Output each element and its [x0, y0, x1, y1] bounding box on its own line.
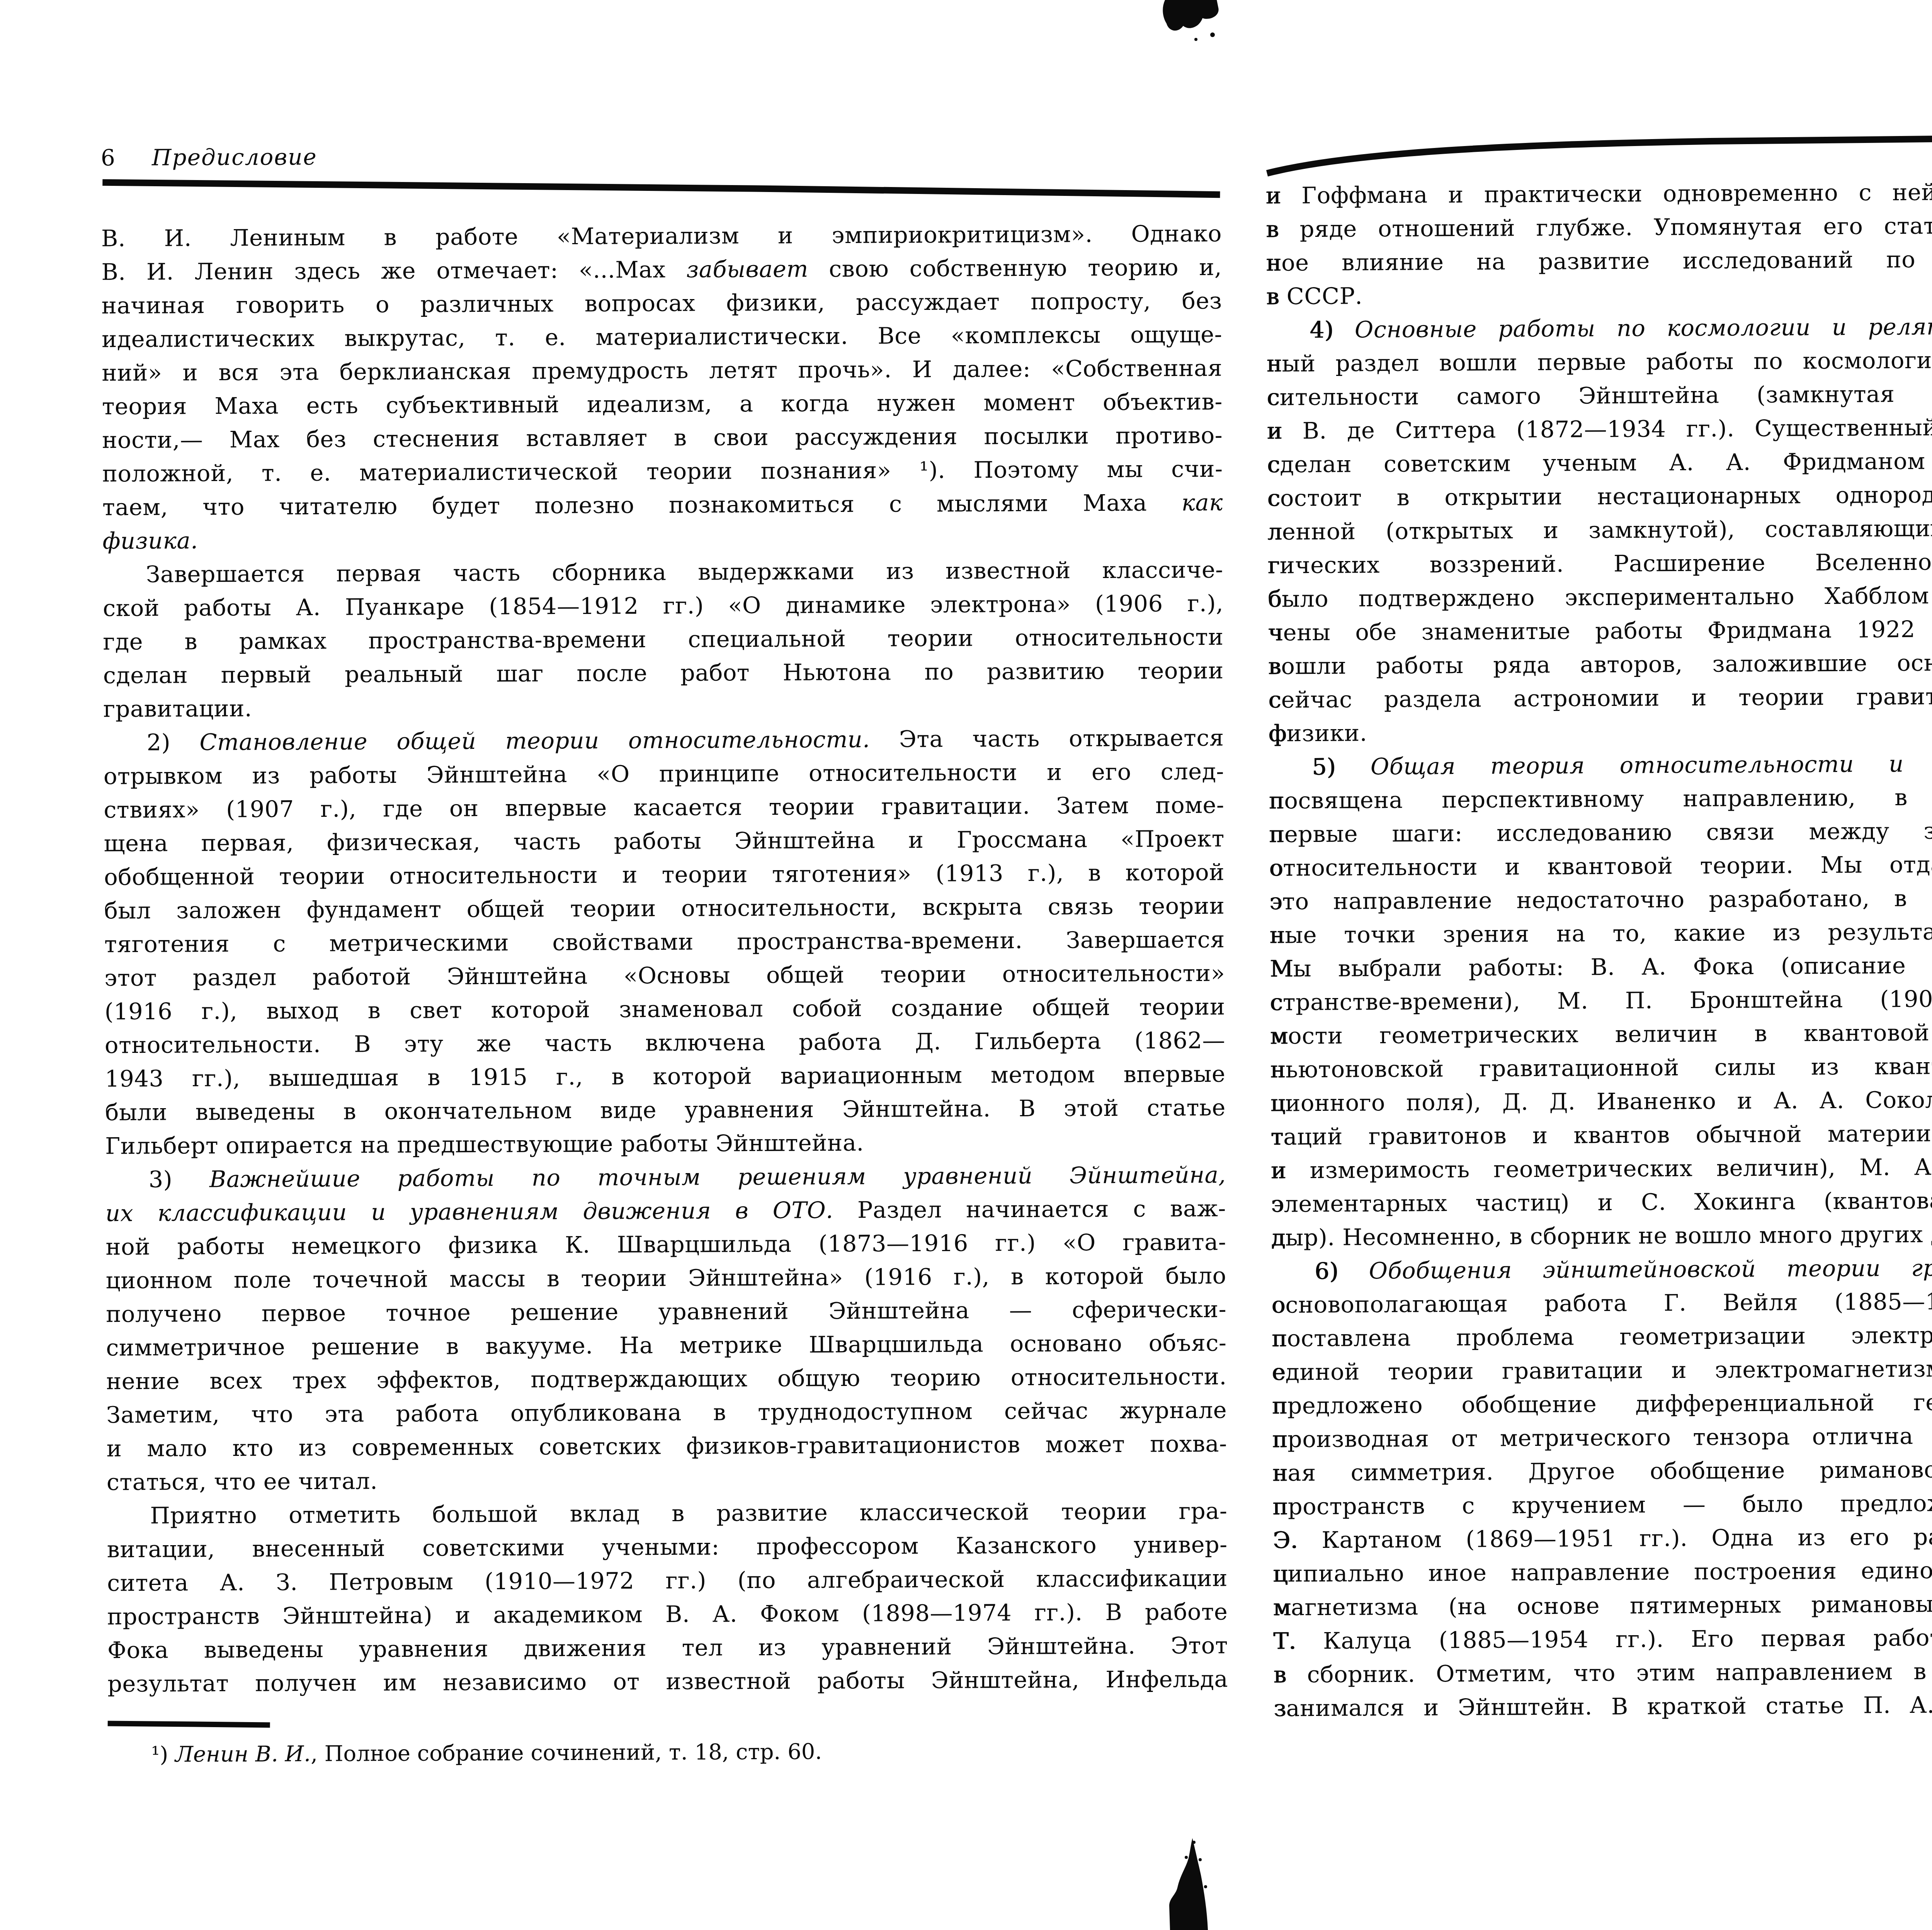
text-line: сделан советским ученым А. А. Фридманом …	[1267, 442, 1932, 481]
text-line: и В. де Ситтера (1872—1934 гг.). Существ…	[1267, 408, 1932, 447]
text-line: их классификации и уравнениям движения в…	[105, 1192, 1226, 1230]
text-line: таем, что читателю будет полезно познако…	[102, 486, 1223, 524]
text-line: занимался и Эйнштейн. В краткой статье П…	[1274, 1685, 1932, 1725]
text-line: чены обе знаменитые работы Фридмана 1922…	[1268, 610, 1932, 649]
gutter-ink-blob-bottom	[1167, 1837, 1221, 1930]
text-line: были выведены в окончательном виде уравн…	[105, 1091, 1226, 1129]
text-line: этот раздел работой Эйнштейна «Основы об…	[104, 956, 1225, 995]
text-line: сейчас раздела астрономии и теории грави…	[1268, 677, 1932, 716]
footnote-rule	[108, 1721, 270, 1728]
right-page-text: и Гоффмана и практически одновременно с …	[1265, 173, 1932, 1725]
gutter-ink-blob-top	[1161, 0, 1223, 44]
text-line: состоит в открытии нестационарных одноро…	[1267, 475, 1932, 515]
text-line: элементарных частиц) и С. Хокинга (квант…	[1271, 1181, 1932, 1221]
text-line: предложено обобщение дифференциальной ге…	[1272, 1383, 1932, 1422]
text-line: ний» и вся эта берклианская премудрость …	[102, 351, 1222, 390]
text-line: было подтверждено экспериментально Хаббл…	[1268, 576, 1932, 616]
text-line: в ряде отношений глубже. Упомянутая его …	[1266, 206, 1932, 246]
text-line: Заметим, что эта работа опубликована в т…	[106, 1393, 1227, 1432]
book-scan-sheet: 6Предисловие В. И. Лениным в работе «Мат…	[0, 0, 1932, 1930]
text-line: Э. Картаном (1869—1951 гг.). Одна из его…	[1272, 1517, 1932, 1557]
text-line: поставлена проблема геометризации электр…	[1272, 1316, 1932, 1355]
text-line: сделан первый реальный шаг после работ Н…	[103, 654, 1224, 692]
text-line: ствиях» (1907 г.), где он впервые касает…	[104, 788, 1224, 827]
text-line: Гильберт опирается на предшествующие раб…	[105, 1124, 1226, 1163]
text-line: (1916 г.), выход в свет которой знаменов…	[104, 990, 1225, 1029]
text-line: и Гоффмана и практически одновременно с …	[1265, 173, 1932, 212]
text-line: физика.	[102, 519, 1223, 558]
text-line: идеалистических выкрутас, т. е. материал…	[102, 318, 1222, 356]
text-line: мости геометрических величин в квантовой…	[1270, 1013, 1932, 1053]
text-line: ный раздел вошли первые работы по космол…	[1266, 341, 1932, 380]
text-line: начиная говорить о различных вопросах фи…	[101, 284, 1222, 323]
left-header-rule	[101, 172, 1221, 204]
text-line: где в рамках пространства-времени специа…	[103, 620, 1223, 659]
text-line: симметричное решение в вакууме. На метри…	[106, 1326, 1226, 1365]
text-line: 4) Основные работы по космологии и релят…	[1266, 307, 1932, 347]
text-line: щена первая, физическая, часть работы Эй…	[104, 822, 1225, 860]
text-line: физики.	[1268, 711, 1932, 750]
text-line: пространств Эйнштейна) и академиком В. А…	[107, 1595, 1228, 1634]
text-line: Фока выведены уравнения движения тел из …	[107, 1629, 1228, 1667]
text-line: 2) Становление общей теории относительно…	[103, 721, 1224, 760]
text-line: В. И. Ленин здесь же отмечает: «...Мах з…	[101, 250, 1222, 289]
text-line: 6) Обобщения эйнштейновской теории грави…	[1271, 1248, 1932, 1288]
text-line: посвящена перспективному направлению, в …	[1269, 778, 1932, 817]
text-line: ньютоновской гравитационной силы из кван…	[1270, 1047, 1932, 1086]
text-line: таций гравитонов и квантов обычной матер…	[1270, 1114, 1932, 1153]
text-line: ционного поля), Д. Д. Иваненко и А. А. С…	[1270, 1080, 1932, 1120]
text-line: ной работы немецкого физика К. Шварцшиль…	[105, 1225, 1226, 1264]
text-line: теория Маха есть субъективный идеализм, …	[102, 385, 1223, 423]
text-line: гических воззрений. Расширение Вселенной…	[1267, 542, 1932, 582]
text-line: 1943 гг.), вышедшая в 1915 г., в которой…	[105, 1057, 1225, 1096]
text-line: 5) Общая теория относительности и физика…	[1269, 744, 1932, 784]
page-right: ПРЕДИСЛОВИЕ7 и Гоффмана и практически од…	[1265, 92, 1932, 1725]
left-running-title: Предисловие	[152, 144, 317, 171]
text-line: относительности и квантовой теории. Мы о…	[1269, 845, 1932, 884]
text-line: ционном поле точечной массы в теории Эйн…	[105, 1259, 1226, 1297]
text-line: первые шаги: исследованию связи между за…	[1269, 811, 1932, 851]
page-left: 6Предисловие В. И. Лениным в работе «Мат…	[101, 134, 1228, 1772]
text-line: в сборник. Отметим, что этим направление…	[1273, 1652, 1932, 1691]
text-line: Мы выбрали работы: В. А. Фока (описание …	[1270, 946, 1932, 985]
left-page-number: 6	[101, 145, 115, 171]
text-line: пространств с кручением — было предложен…	[1272, 1484, 1932, 1523]
text-line: обобщенной теории относительности и теор…	[104, 855, 1225, 894]
right-page-header: ПРЕДИСЛОВИЕ7	[1265, 92, 1932, 136]
text-line: получено первое точное решение уравнений…	[106, 1292, 1226, 1331]
text-line: ленной (открытых и замкнутой), составляю…	[1267, 509, 1932, 548]
text-line: дыр). Несомненно, в сборник не вошло мно…	[1271, 1215, 1932, 1254]
right-header-rule	[1265, 130, 1932, 179]
text-line: тяготения с метрическими свойствами прос…	[104, 923, 1225, 961]
text-line: это направление недостаточно разработано…	[1269, 879, 1932, 918]
text-line: Т. Калуца (1885—1954 гг.). Его первая ра…	[1273, 1618, 1932, 1658]
text-line: положной, т. е. материалистической теори…	[102, 452, 1223, 491]
text-line: 3) Важнейшие работы по точным решениям у…	[105, 1158, 1226, 1197]
text-line: Приятно отметить большой вклад в развити…	[107, 1494, 1227, 1533]
text-line: в СССР.	[1266, 274, 1932, 313]
text-line: ситета А. З. Петровым (1910—1972 гг.) (п…	[107, 1561, 1228, 1600]
text-line: статься, что ее читал.	[107, 1461, 1227, 1499]
footnote: ¹) Ленин В. И., Полное собрание сочинени…	[108, 1733, 1228, 1772]
text-line: и измеримость геометрических величин), М…	[1270, 1148, 1932, 1187]
text-line: вошли работы ряда авторов, заложившие ос…	[1268, 643, 1932, 683]
text-line: ное влияние на развитие исследований по …	[1266, 240, 1932, 279]
text-line: производная от метрического тензора отли…	[1272, 1416, 1932, 1456]
text-line: и мало кто из современных советских физи…	[106, 1427, 1227, 1466]
text-line: витации, внесенный советскими учеными: п…	[107, 1528, 1228, 1566]
text-line: ности,— Мах без стеснения вставляет в св…	[102, 418, 1223, 457]
text-line: нение всех трех эффектов, подтверждающих…	[106, 1360, 1227, 1398]
text-line: магнетизма (на основе пятимерных риманов…	[1273, 1585, 1932, 1624]
text-line: единой теории гравитации и электромагнет…	[1272, 1349, 1932, 1389]
text-line: гравитации.	[103, 687, 1224, 726]
text-line: ской работы А. Пуанкаре (1854—1912 гг.) …	[103, 587, 1223, 625]
text-line: был заложен фундамент общей теории относ…	[104, 889, 1225, 928]
text-line: отрывком из работы Эйнштейна «О принципе…	[104, 755, 1224, 793]
text-line: сительности самого Эйнштейна (замкнутая …	[1267, 374, 1932, 414]
text-line: относительности. В эту же часть включена…	[105, 1024, 1225, 1062]
left-page-header: 6Предисловие	[101, 134, 1221, 177]
left-page-text: В. И. Лениным в работе «Материализм и эм…	[101, 217, 1228, 1701]
text-line: В. И. Лениным в работе «Материализм и эм…	[101, 217, 1222, 255]
text-line: ные точки зрения на то, какие из результ…	[1269, 912, 1932, 952]
text-line: ципиально иное направление построения ед…	[1273, 1551, 1932, 1590]
text-line: результат получен им независимо от извес…	[107, 1662, 1228, 1701]
text-line: Завершается первая часть сборника выдерж…	[103, 553, 1223, 592]
text-line: ная симметрия. Другое обобщение риманово…	[1272, 1450, 1932, 1490]
text-line: странстве-времени), М. П. Бронштейна (19…	[1270, 979, 1932, 1019]
text-line: основополагающая работа Г. Вейля (1885—1…	[1271, 1282, 1932, 1321]
